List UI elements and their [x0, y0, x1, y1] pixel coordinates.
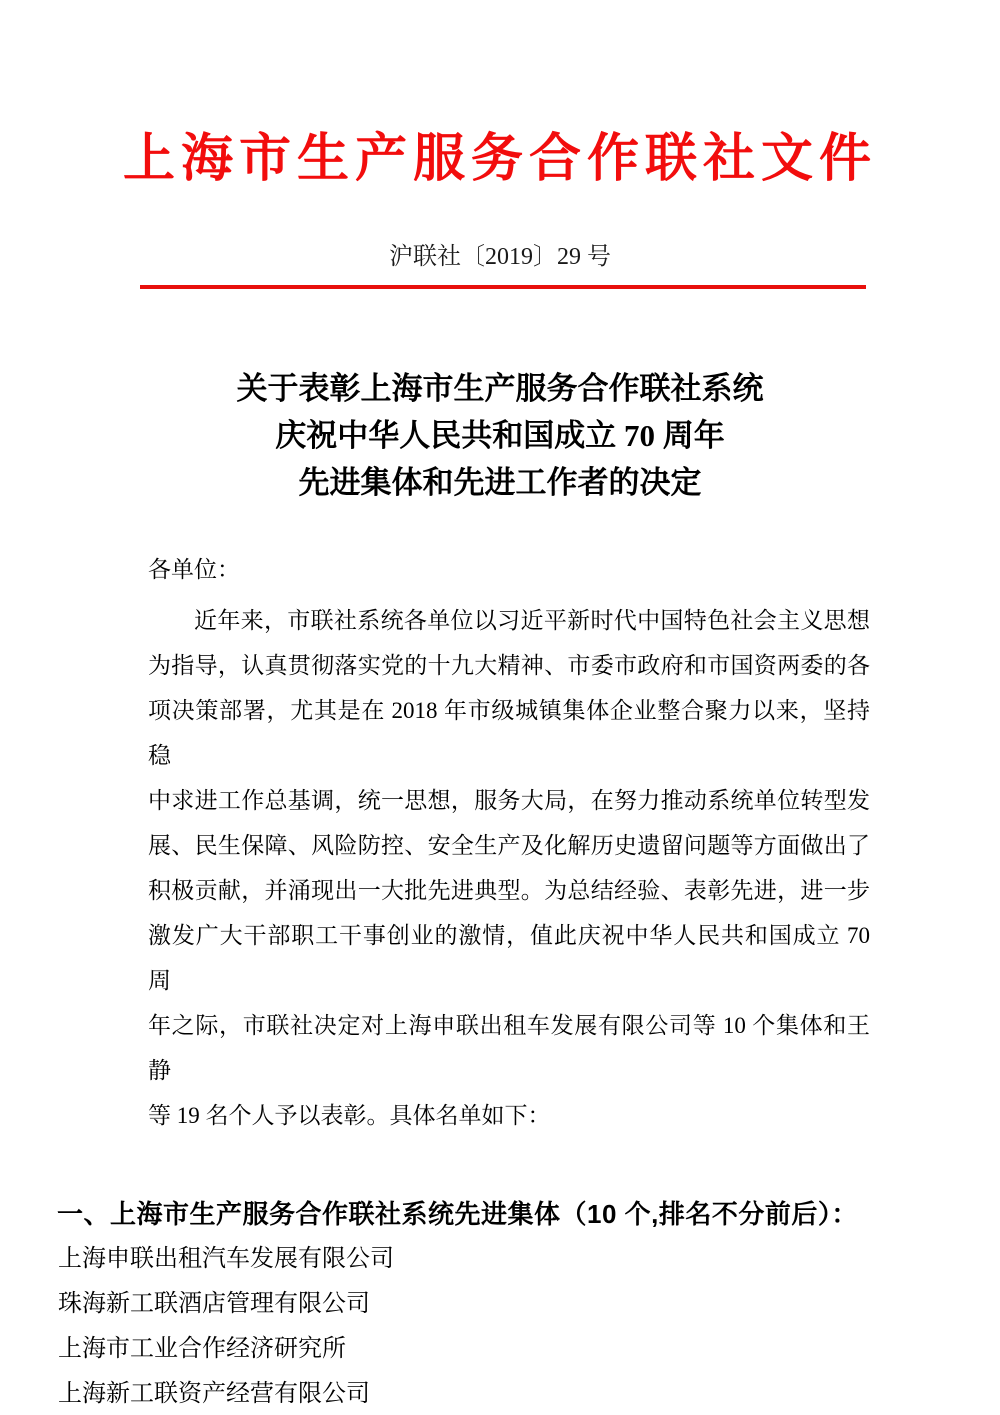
org-banner-title: 上海市生产服务合作联社文件: [0, 0, 1000, 194]
doc-number: 沪联社〔2019〕29 号: [0, 242, 1000, 272]
awardee-list-item: 上海市工业合作经济研究所: [0, 1327, 1000, 1372]
awardee-list: 上海申联出租汽车发展有限公司 珠海新工联酒店管理有限公司 上海市工业合作经济研究…: [0, 1237, 1000, 1415]
paragraph-line: 激发广大干部职工干事创业的激情，值此庆祝中华人民共和国成立 70 周: [148, 913, 870, 1003]
awardee-list-item: 上海申联出租汽车发展有限公司: [0, 1237, 1000, 1282]
section-heading-advanced-collectives: 一、上海市生产服务合作联社系统先进集体（10 个,排名不分前后）：: [0, 1192, 1000, 1237]
salutation: 各单位：: [148, 547, 870, 592]
paragraph-line: 等 19 名个人予以表彰。具体名单如下：: [148, 1093, 870, 1138]
doc-title: 关于表彰上海市生产服务合作联社系统 庆祝中华人民共和国成立 70 周年 先进集体…: [0, 365, 1000, 506]
paragraph-line: 近年来，市联社系统各单位以习近平新时代中国特色社会主义思想: [148, 598, 870, 643]
paragraph-line: 项决策部署，尤其是在 2018 年市级城镇集体企业整合聚力以来，坚持稳: [148, 688, 870, 778]
document-page: 上海市生产服务合作联社文件 沪联社〔2019〕29 号 关于表彰上海市生产服务合…: [0, 0, 1000, 1415]
doc-title-line-1: 关于表彰上海市生产服务合作联社系统: [0, 365, 1000, 412]
paragraph-line: 年之际，市联社决定对上海申联出租车发展有限公司等 10 个集体和王静: [148, 1003, 870, 1093]
document-body: 各单位： 近年来，市联社系统各单位以习近平新时代中国特色社会主义思想 为指导，认…: [148, 547, 870, 1138]
paragraph-line: 为指导，认真贯彻落实党的十九大精神、市委市政府和市国资两委的各: [148, 643, 870, 688]
doc-title-line-3: 先进集体和先进工作者的决定: [0, 459, 1000, 506]
main-paragraph: 近年来，市联社系统各单位以习近平新时代中国特色社会主义思想 为指导，认真贯彻落实…: [148, 598, 870, 1138]
doc-title-line-2: 庆祝中华人民共和国成立 70 周年: [0, 412, 1000, 459]
paragraph-line: 积极贡献，并涌现出一大批先进典型。为总结经验、表彰先进，进一步: [148, 868, 870, 913]
paragraph-line: 展、民生保障、风险防控、安全生产及化解历史遗留问题等方面做出了: [148, 823, 870, 868]
awardee-list-item: 珠海新工联酒店管理有限公司: [0, 1282, 1000, 1327]
awardee-list-item: 上海新工联资产经营有限公司: [0, 1372, 1000, 1415]
paragraph-line: 中求进工作总基调，统一思想，服务大局，在努力推动系统单位转型发: [148, 778, 870, 823]
red-separator-line: [140, 285, 866, 289]
